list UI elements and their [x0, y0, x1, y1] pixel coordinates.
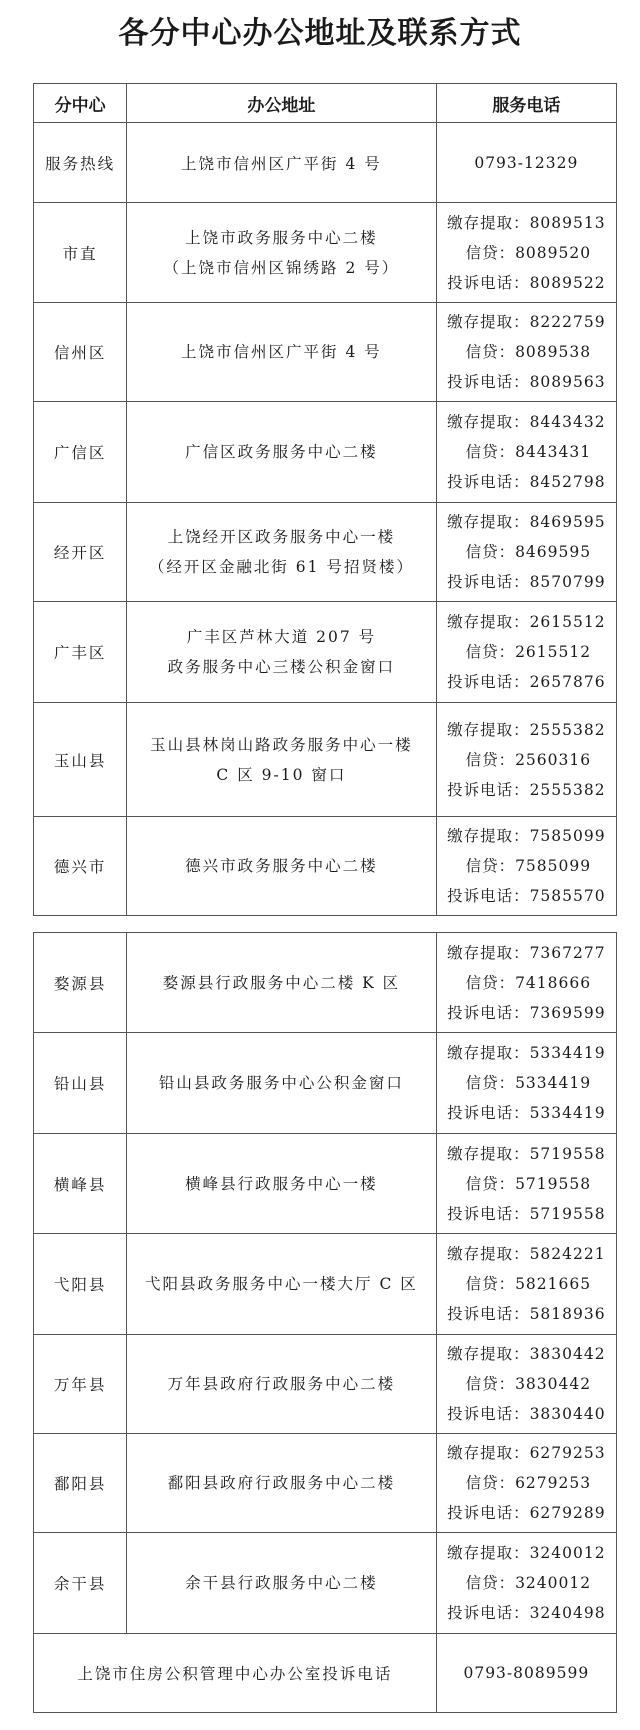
- phone-deposit-withdrawal: 缴存提取：5824221: [437, 1239, 616, 1269]
- phone-loan: 信贷：8469595: [437, 537, 616, 567]
- table-row-footer: 上饶市住房公积管理中心办公室投诉电话 0793-8089599: [34, 1634, 617, 1713]
- phone-deposit-withdrawal: 缴存提取：7585099: [437, 821, 616, 851]
- address-line: C 区 9-10 窗口: [127, 760, 436, 790]
- phone-loan: 信贷：5334419: [437, 1068, 616, 1098]
- address: 广丰区芦林大道 207 号政务服务中心三楼公积金窗口: [127, 602, 437, 703]
- phone-loan: 信贷：2615512: [437, 637, 616, 667]
- phone-complaint: 投诉电话：2555382: [437, 775, 616, 805]
- center-name: 经开区: [34, 503, 127, 602]
- address-line: 德兴市政务服务中心二楼: [127, 851, 436, 881]
- table-row: 弋阳县弋阳县政务服务中心一楼大厅 C 区缴存提取：5824221信贷：58216…: [34, 1234, 617, 1335]
- address: 上饶市政务服务中心二楼（上饶市信州区锦绣路 2 号）: [127, 203, 437, 303]
- center-name: 信州区: [34, 303, 127, 402]
- table-row: 信州区上饶市信州区广平街 4 号缴存提取：8222759信贷：8089538投诉…: [34, 303, 617, 402]
- address-line: 上饶市信州区广平街 4 号: [127, 337, 436, 367]
- center-name: 婺源县: [34, 933, 127, 1033]
- footer-label: 上饶市住房公积管理中心办公室投诉电话: [34, 1634, 437, 1713]
- phone-complaint: 投诉电话：6279289: [437, 1498, 616, 1528]
- phone-loan: 信贷：3240012: [437, 1568, 616, 1598]
- address: 万年县政府行政服务中心二楼: [127, 1335, 437, 1434]
- table-row: 广丰区广丰区芦林大道 207 号政务服务中心三楼公积金窗口缴存提取：261551…: [34, 602, 617, 703]
- address-line: （上饶市信州区锦绣路 2 号）: [127, 253, 436, 283]
- address-line: 弋阳县政务服务中心一楼大厅 C 区: [127, 1269, 436, 1299]
- phone-complaint: 投诉电话：8089522: [437, 268, 616, 298]
- center-name: 德兴市: [34, 817, 127, 916]
- phone-list: 缴存提取：6279253信贷：6279253投诉电话：6279289: [436, 1434, 616, 1533]
- address-line: 婺源县行政服务中心二楼 K 区: [127, 968, 436, 998]
- phone-list: 缴存提取：5824221信贷：5821665投诉电话：5818936: [436, 1234, 616, 1335]
- address-line: 广信区政务服务中心二楼: [127, 437, 436, 467]
- phone-complaint: 投诉电话：5334419: [437, 1098, 616, 1128]
- table-row: 余干县余干县行政服务中心二楼缴存提取：3240012信贷：3240012投诉电话…: [34, 1533, 617, 1634]
- address: 上饶经开区政务服务中心一楼（经开区金融北街 61 号招贤楼）: [127, 503, 437, 602]
- phone-list: 缴存提取：3830442信贷：3830442投诉电话：3830440: [436, 1335, 616, 1434]
- center-name: 铅山县: [34, 1033, 127, 1134]
- phone-complaint: 投诉电话：3240498: [437, 1598, 616, 1628]
- address-line: 玉山县林岗山路政务服务中心一楼: [127, 730, 436, 760]
- address: 玉山县林岗山路政务服务中心一楼C 区 9-10 窗口: [127, 703, 437, 817]
- table-row: 鄱阳县鄱阳县政府行政服务中心二楼缴存提取：6279253信贷：6279253投诉…: [34, 1434, 617, 1533]
- phone-loan: 信贷：7418666: [437, 968, 616, 998]
- phone-deposit-withdrawal: 缴存提取：2615512: [437, 607, 616, 637]
- phone-list: 缴存提取：3240012信贷：3240012投诉电话：3240498: [436, 1533, 616, 1634]
- phone-loan: 信贷：8443431: [437, 437, 616, 467]
- phone-deposit-withdrawal: 缴存提取：8443432: [437, 407, 616, 437]
- phone-list: 缴存提取：8089513信贷：8089520投诉电话：8089522: [436, 203, 616, 303]
- contact-table-part-2: 婺源县婺源县行政服务中心二楼 K 区缴存提取：7367277信贷：7418666…: [33, 932, 617, 1713]
- phone-loan: 信贷：7585099: [437, 851, 616, 881]
- address-line: 上饶经开区政务服务中心一楼: [127, 522, 436, 552]
- center-name: 市直: [34, 203, 127, 303]
- center-name: 服务热线: [34, 123, 127, 203]
- phone-complaint: 投诉电话：5719558: [437, 1199, 616, 1229]
- phone-deposit-withdrawal: 缴存提取：8469595: [437, 507, 616, 537]
- header-center: 分中心: [34, 84, 127, 123]
- address: 上饶市信州区广平街 4 号: [127, 123, 437, 203]
- phone-complaint: 投诉电话：5818936: [437, 1299, 616, 1329]
- phone: 0793-12329: [436, 123, 616, 203]
- phone-deposit-withdrawal: 缴存提取：7367277: [437, 938, 616, 968]
- phone-complaint: 投诉电话：2657876: [437, 667, 616, 697]
- phone-complaint: 投诉电话：8570799: [437, 567, 616, 597]
- phone-loan: 信贷：5719558: [437, 1169, 616, 1199]
- table-row: 婺源县婺源县行政服务中心二楼 K 区缴存提取：7367277信贷：7418666…: [34, 933, 617, 1033]
- phone-loan: 信贷：2560316: [437, 745, 616, 775]
- table-row: 铅山县铅山县政务服务中心公积金窗口缴存提取：5334419信贷：5334419投…: [34, 1033, 617, 1134]
- table-header-row: 分中心 办公地址 服务电话: [34, 84, 617, 123]
- phone-complaint: 投诉电话：7369599: [437, 998, 616, 1028]
- phone-list: 缴存提取：2555382信贷：2560316投诉电话：2555382: [436, 703, 616, 817]
- center-name: 横峰县: [34, 1134, 127, 1234]
- header-address: 办公地址: [127, 84, 437, 123]
- phone-deposit-withdrawal: 缴存提取：5334419: [437, 1038, 616, 1068]
- address: 婺源县行政服务中心二楼 K 区: [127, 933, 437, 1033]
- address-line: 上饶市政务服务中心二楼: [127, 223, 436, 253]
- table-row: 德兴市德兴市政务服务中心二楼缴存提取：7585099信贷：7585099投诉电话…: [34, 817, 617, 916]
- address: 广信区政务服务中心二楼: [127, 402, 437, 503]
- phone-list: 缴存提取：8469595信贷：8469595投诉电话：8570799: [436, 503, 616, 602]
- address: 上饶市信州区广平街 4 号: [127, 303, 437, 402]
- center-name: 万年县: [34, 1335, 127, 1434]
- phone-deposit-withdrawal: 缴存提取：3830442: [437, 1339, 616, 1369]
- center-name: 玉山县: [34, 703, 127, 817]
- address-line: 余干县行政服务中心二楼: [127, 1568, 436, 1598]
- center-name: 弋阳县: [34, 1234, 127, 1335]
- table-row-hotline: 服务热线 上饶市信州区广平街 4 号 0793-12329: [34, 123, 617, 203]
- phone-deposit-withdrawal: 缴存提取：8222759: [437, 307, 616, 337]
- phone-loan: 信贷：8089520: [437, 238, 616, 268]
- phone-deposit-withdrawal: 缴存提取：3240012: [437, 1538, 616, 1568]
- table-row: 市直上饶市政务服务中心二楼（上饶市信州区锦绣路 2 号）缴存提取：8089513…: [34, 203, 617, 303]
- phone-complaint: 投诉电话：8089563: [437, 367, 616, 397]
- address: 铅山县政务服务中心公积金窗口: [127, 1033, 437, 1134]
- address: 横峰县行政服务中心一楼: [127, 1134, 437, 1234]
- address: 弋阳县政务服务中心一楼大厅 C 区: [127, 1234, 437, 1335]
- phone-loan: 信贷：8089538: [437, 337, 616, 367]
- phone-list: 缴存提取：5334419信贷：5334419投诉电话：5334419: [436, 1033, 616, 1134]
- phone-complaint: 投诉电话：8452798: [437, 467, 616, 497]
- address-line: 政务服务中心三楼公积金窗口: [127, 652, 436, 682]
- table-row: 横峰县横峰县行政服务中心一楼缴存提取：5719558信贷：5719558投诉电话…: [34, 1134, 617, 1234]
- address-line: （经开区金融北街 61 号招贤楼）: [127, 552, 436, 582]
- phone-deposit-withdrawal: 缴存提取：8089513: [437, 208, 616, 238]
- phone-loan: 信贷：3830442: [437, 1369, 616, 1399]
- phone-complaint: 投诉电话：7585570: [437, 881, 616, 911]
- table-row: 广信区广信区政务服务中心二楼缴存提取：8443432信贷：8443431投诉电话…: [34, 402, 617, 503]
- phone-complaint: 投诉电话：3830440: [437, 1399, 616, 1429]
- phone-deposit-withdrawal: 缴存提取：5719558: [437, 1139, 616, 1169]
- table-row: 经开区上饶经开区政务服务中心一楼（经开区金融北街 61 号招贤楼）缴存提取：84…: [34, 503, 617, 602]
- center-name: 余干县: [34, 1533, 127, 1634]
- phone-loan: 信贷：6279253: [437, 1468, 616, 1498]
- address: 德兴市政务服务中心二楼: [127, 817, 437, 916]
- phone-list: 缴存提取：8222759信贷：8089538投诉电话：8089563: [436, 303, 616, 402]
- header-phone: 服务电话: [436, 84, 616, 123]
- table-row: 玉山县玉山县林岗山路政务服务中心一楼C 区 9-10 窗口缴存提取：255538…: [34, 703, 617, 817]
- address-line: 铅山县政务服务中心公积金窗口: [127, 1068, 436, 1098]
- phone-list: 缴存提取：8443432信贷：8443431投诉电话：8452798: [436, 402, 616, 503]
- center-name: 鄱阳县: [34, 1434, 127, 1533]
- phone-deposit-withdrawal: 缴存提取：2555382: [437, 715, 616, 745]
- center-name: 广信区: [34, 402, 127, 503]
- address-line: 横峰县行政服务中心一楼: [127, 1169, 436, 1199]
- address-line: 万年县政府行政服务中心二楼: [127, 1369, 436, 1399]
- phone-list: 缴存提取：2615512信贷：2615512投诉电话：2657876: [436, 602, 616, 703]
- table-row: 万年县万年县政府行政服务中心二楼缴存提取：3830442信贷：3830442投诉…: [34, 1335, 617, 1434]
- phone-list: 缴存提取：7367277信贷：7418666投诉电话：7369599: [436, 933, 616, 1033]
- phone-list: 缴存提取：5719558信贷：5719558投诉电话：5719558: [436, 1134, 616, 1234]
- address-line: 鄱阳县政府行政服务中心二楼: [127, 1468, 436, 1498]
- phone-loan: 信贷：5821665: [437, 1269, 616, 1299]
- page-title: 各分中心办公地址及联系方式: [0, 14, 640, 54]
- address-line: 广丰区芦林大道 207 号: [127, 622, 436, 652]
- phone-list: 缴存提取：7585099信贷：7585099投诉电话：7585570: [436, 817, 616, 916]
- phone-deposit-withdrawal: 缴存提取：6279253: [437, 1438, 616, 1468]
- center-name: 广丰区: [34, 602, 127, 703]
- address: 鄱阳县政府行政服务中心二楼: [127, 1434, 437, 1533]
- contact-table-part-1: 分中心 办公地址 服务电话 服务热线 上饶市信州区广平街 4 号 0793-12…: [33, 83, 617, 916]
- footer-phone: 0793-8089599: [436, 1634, 616, 1713]
- address: 余干县行政服务中心二楼: [127, 1533, 437, 1634]
